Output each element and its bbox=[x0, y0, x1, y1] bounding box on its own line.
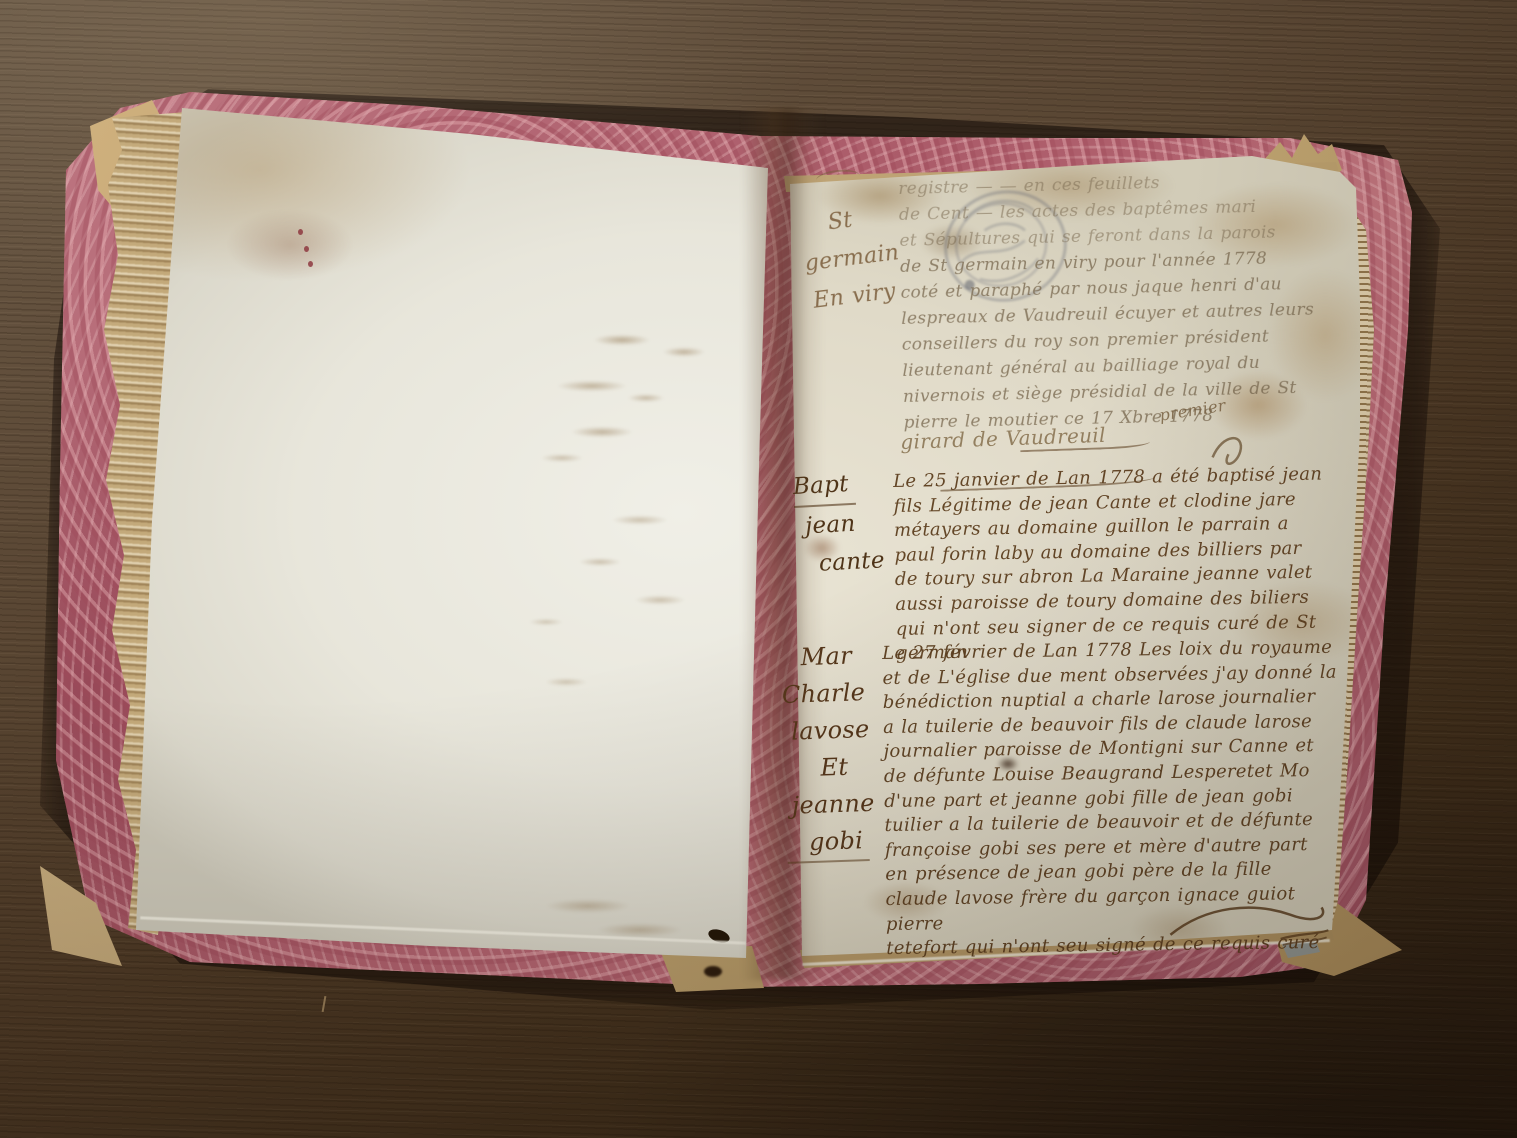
photo-of-open-register: StgermainEn viry registre — — en ces feu… bbox=[0, 0, 1517, 1138]
red-ink-speck bbox=[308, 261, 313, 267]
red-ink-speck bbox=[298, 229, 303, 235]
margin-note-baptism: Baptjeancante bbox=[792, 462, 908, 584]
margin-note-marriage: MarCharlelavoseEtjeannegobi bbox=[780, 636, 898, 864]
register-header-entry: registre — — en ces feuilletsde Cent — l… bbox=[898, 166, 1330, 436]
red-ink-speck bbox=[304, 246, 309, 252]
end-of-entry-flourish bbox=[1161, 887, 1338, 955]
table-debris bbox=[322, 996, 327, 1012]
spine-tail-hole bbox=[704, 966, 722, 977]
